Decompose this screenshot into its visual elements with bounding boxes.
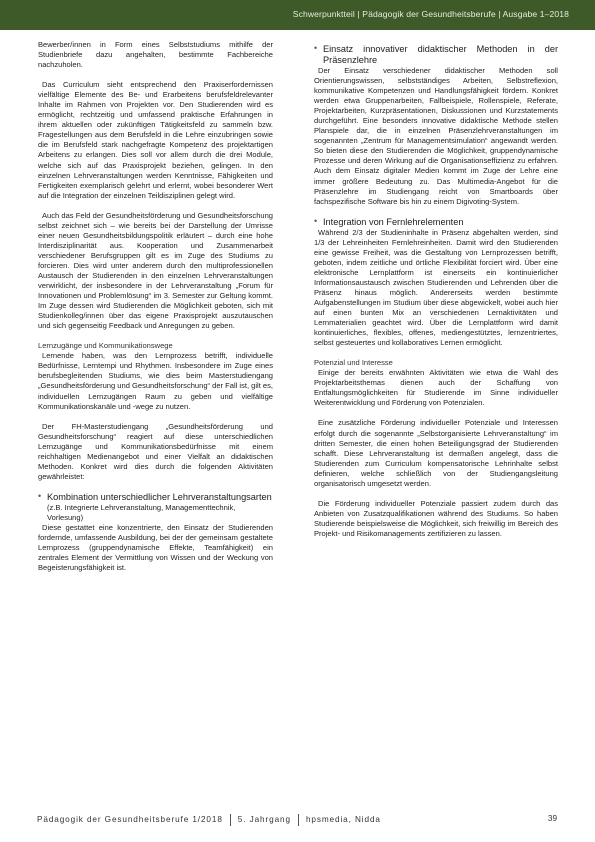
- right-column: • Einsatz innovativer didaktischer Metho…: [314, 40, 558, 549]
- running-header: Schwerpunktteil | Pädagogik der Gesundhe…: [0, 0, 595, 30]
- paragraph: Die Förderung individueller Potenziale p…: [314, 499, 558, 539]
- volume: 5. Jahrgang: [238, 815, 291, 824]
- footer-divider: [298, 814, 299, 826]
- paragraph: Der Einsatz verschiedener didaktischer M…: [314, 66, 558, 207]
- paragraph: Während 2/3 der Studieninhalte in Präsen…: [314, 228, 558, 349]
- running-title: Schwerpunktteil | Pädagogik der Gesundhe…: [293, 9, 569, 19]
- paragraph: Bewerber/innen in Form eines Selbststudi…: [38, 40, 273, 70]
- footer-divider: [230, 814, 231, 826]
- paragraph: Eine zusätzliche Förderung individueller…: [314, 418, 558, 488]
- page-footer: Pädagogik der Gesundheitsberufe 1/20185.…: [37, 814, 557, 826]
- paragraph: Der FH-Masterstudiengang „Gesundheitsför…: [38, 422, 273, 482]
- left-column: Bewerber/innen in Form eines Selbststudi…: [38, 40, 273, 583]
- paragraph: Diese gestattet eine konzentrierte, den …: [38, 523, 273, 573]
- publisher: hpsmedia, Nidda: [306, 815, 381, 824]
- journal-name: Pädagogik der Gesundheitsberufe 1/2018: [37, 815, 223, 824]
- bullet-heading: • Integration von Fernlehrelementen: [314, 217, 558, 228]
- bullet-heading: • Kombination unterschiedlicher Lehrvera…: [38, 492, 273, 503]
- bullet-icon: •: [314, 43, 317, 54]
- bullet-icon: •: [38, 491, 41, 502]
- section-subheading: Lernzugänge und Kommunikationswege: [38, 341, 273, 351]
- paragraph: Lernende haben, was den Lernprozess betr…: [38, 351, 273, 411]
- bullet-subtitle: (z.B. Integrierte Lehrveranstaltung, Man…: [38, 503, 273, 523]
- section-subheading: Potenzial und Interesse: [314, 358, 558, 368]
- page-number: 39: [548, 814, 557, 823]
- bullet-icon: •: [314, 216, 317, 227]
- paragraph: Einige der bereits erwähnten Aktivitäten…: [314, 368, 558, 408]
- bullet-heading: • Einsatz innovativer didaktischer Metho…: [314, 44, 558, 66]
- paragraph: Das Curriculum sieht entsprechend den Pr…: [38, 80, 273, 201]
- paragraph: Auch das Feld der Gesundheitsförderung u…: [38, 211, 273, 332]
